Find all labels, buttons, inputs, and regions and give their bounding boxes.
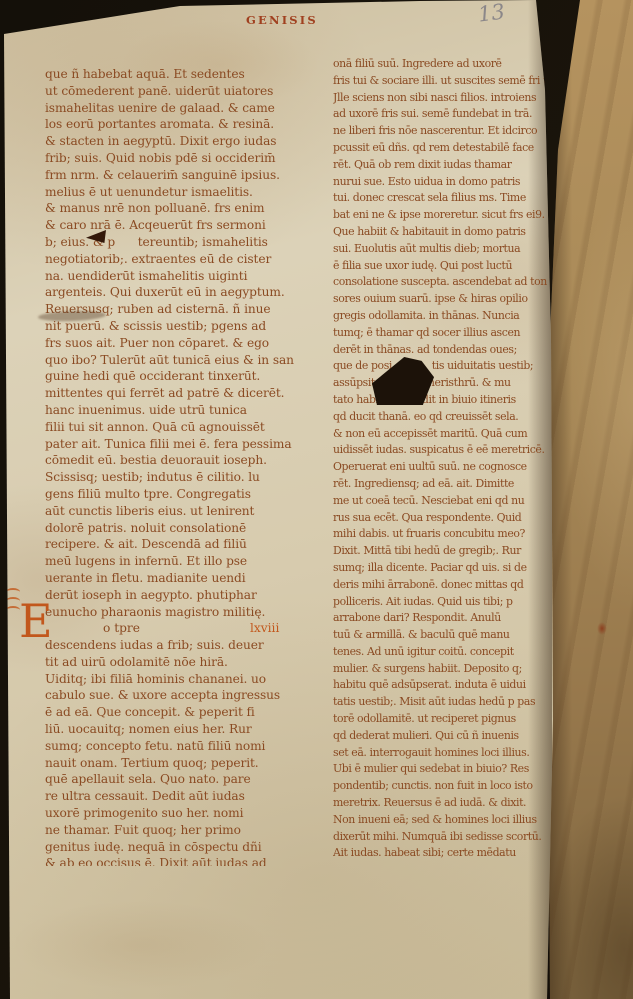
text-line: tumq; ē thamar qd socer illius ascen bbox=[333, 325, 559, 342]
manuscript-photo: GENISIS 13 que ñ habebat aquā. Et sedent… bbox=[0, 0, 633, 999]
text-line: ne liberi fris nōe nascerentur. Et idcir… bbox=[333, 123, 559, 140]
text-line: tit ad uirū odolamitē nōe hirā. bbox=[45, 654, 317, 671]
text-line: rēt. Ingrediensq; ad eā. ait. Dimitte bbox=[333, 476, 559, 493]
text-line: rēt. Quā ob rem dixit iudas thamar bbox=[333, 157, 559, 174]
text-line: habitu quē adsūpserat. induta ē uidui bbox=[333, 677, 559, 694]
text-line: nit puerū. & scissis uestib; pgens ad bbox=[45, 318, 317, 335]
text-line: qd dederat mulieri. Qui cū ñ inuenis bbox=[333, 728, 559, 745]
underlying-folio-edge bbox=[546, 0, 633, 999]
text-line: & stacten in aegyptū. Dixit ergo iudas bbox=[45, 133, 317, 150]
text-line: mulier. & surgens habiit. Deposito q; bbox=[333, 661, 559, 678]
text-line: derūt ioseph in aegypto. phutiphar bbox=[45, 587, 317, 604]
chapter-number: lxviii bbox=[250, 620, 279, 637]
text-line: & manus nrē non polluanē. frs enim bbox=[45, 200, 317, 217]
text-line: genitus iudę. nequā in cōspectu dñi bbox=[45, 839, 317, 856]
text-line: que ñ habebat aquā. Et sedentes bbox=[45, 66, 317, 83]
running-header: GENISIS bbox=[246, 13, 318, 27]
text-line: descendens iudas a frib; suis. deuer bbox=[45, 637, 317, 654]
folio-number: 13 bbox=[477, 0, 506, 27]
margin-marks bbox=[6, 588, 22, 615]
text-line: argenteis. Qui duxerūt eū in aegyptum. bbox=[45, 284, 317, 301]
text-line: liū. uocauitq; nomen eius her. Rur bbox=[45, 721, 317, 738]
text-line: deris mihi ārrabonē. donec mittas qd bbox=[333, 577, 559, 594]
text-line: tenes. Ad unū igitur coitū. concepit bbox=[333, 644, 559, 661]
text-line: & ab eo occisus ē. Dixit aūt iudas ad bbox=[45, 855, 317, 866]
text-line: filii tui sit annon. Quā cū agnouissēt bbox=[45, 419, 317, 436]
text-line: rus sua ecēt. Qua respondente. Quid bbox=[333, 510, 559, 527]
text-line: frm nrm. & celauerim̄ sanguinē ipsius. bbox=[45, 167, 317, 184]
text-line: tatis uestib;. Misit aūt iudas hedū p pa… bbox=[333, 694, 559, 711]
text-line: na. uendiderūt ismahelitis uiginti bbox=[45, 268, 317, 285]
text-line: dixerūt mihi. Numquā ibi sedisse scortū. bbox=[333, 829, 559, 846]
text-line: quē apellauit sela. Quo nato. pare bbox=[45, 771, 317, 788]
text-line: polliceris. Ait iudas. Quid uis tibi; p bbox=[333, 594, 559, 611]
parchment-stain bbox=[10, 900, 270, 990]
text-line: aūt cunctis liberis eius. ut lenirent bbox=[45, 503, 317, 520]
text-line: mittentes qui ferrēt ad patrē & dicerēt. bbox=[45, 385, 317, 402]
text-line: pater ait. Tunica filii mei ē. fera pess… bbox=[45, 436, 317, 453]
decorated-initial: E bbox=[19, 598, 53, 644]
text-line: ismahelitas uenire de galaad. & came bbox=[45, 100, 317, 117]
column-block: onā filiū suū. Ingredere ad uxorēfris tu… bbox=[333, 56, 559, 861]
text-line: guine hedi quē occiderant tinxerūt. bbox=[45, 368, 317, 385]
text-line: sumq; illa dicente. Paciar qd uis. si de bbox=[333, 560, 559, 577]
text-line: mihi dabis. ut fruaris concubitu meo? bbox=[333, 526, 559, 543]
text-line: nauit onam. Tertium quoq; peperit. bbox=[45, 755, 317, 772]
text-line: Ait iudas. habeat sibi; certe mēdatu bbox=[333, 845, 559, 861]
text-line: ut cōmederent panē. uiderūt uiatores bbox=[45, 83, 317, 100]
text-line: gens filiū multo tpre. Congregatis bbox=[45, 486, 317, 503]
text-line: Uiditq; ibi filiā hominis chananei. uo bbox=[45, 671, 317, 688]
text-line: ad uxorē fris sui. semē fundebat in trā. bbox=[333, 106, 559, 123]
text-line: torē odollamitē. ut reciperet pignus bbox=[333, 711, 559, 728]
text-line: melius ē ut uenundetur ismaelitis. bbox=[45, 184, 317, 201]
text-line: gregis odollamita. in thānas. Nuncia bbox=[333, 308, 559, 325]
column-block: descendens iudas a frib; suis. deuertit … bbox=[45, 637, 317, 866]
chapter-opening-line: o tpre lxviii bbox=[45, 620, 317, 637]
text-line: onā filiū suū. Ingredere ad uxorē bbox=[333, 56, 559, 73]
text-line: qd ducit thanā. eo qd creuissēt sela. bbox=[333, 409, 559, 426]
text-line: frs suos ait. Puer non cōparet. & ego bbox=[45, 335, 317, 352]
text-line: cōmedit eū. bestia deuorauit ioseph. bbox=[45, 452, 317, 469]
text-column-left: que ñ habebat aquā. Et sedentesut cōmede… bbox=[45, 66, 317, 866]
text-line: Que habiit & habitauit in domo patris bbox=[333, 224, 559, 241]
text-line: los eorū portantes aromata. & resinā. bbox=[45, 116, 317, 133]
text-line: uxorē primogenito suo her. nomi bbox=[45, 805, 317, 822]
text-line: ē ad eā. Que concepit. & peperit fi bbox=[45, 704, 317, 721]
manuscript-page: GENISIS 13 que ñ habebat aquā. Et sedent… bbox=[0, 0, 633, 999]
text-line: & caro nrā ē. Acqeuerūt frs sermoni bbox=[45, 217, 317, 234]
text-line: eunucho pharaonis magistro militię. bbox=[45, 604, 317, 621]
text-line: b; eius. & p tereuntib; ismahelitis bbox=[45, 234, 317, 251]
text-line: recipere. & ait. Descendā ad filiū bbox=[45, 536, 317, 553]
text-line: sores ouium suarū. ipse & hiras opilio bbox=[333, 291, 559, 308]
text-line: derēt in thānas. ad tondendas oues; bbox=[333, 342, 559, 359]
text-line: frib; suis. Quid nobis pdē si occiderim̄ bbox=[45, 150, 317, 167]
text-line: nurui sue. Esto uidua in domo patris bbox=[333, 174, 559, 191]
rust-spot bbox=[597, 622, 607, 635]
text-line: me ut coeā tecū. Nesciebat eni qd nu bbox=[333, 493, 559, 510]
text-line: Operuerat eni uultū suū. ne cognosce bbox=[333, 459, 559, 476]
text-line: Jlle sciens non sibi nasci filios. intro… bbox=[333, 90, 559, 107]
text-line: Non inueni eā; sed & homines loci illius bbox=[333, 812, 559, 829]
text-line: quo ibo? Tulerūt aūt tunicā eius & in sa… bbox=[45, 352, 317, 369]
text-line: & non eū accepissēt maritū. Quā cum bbox=[333, 426, 559, 443]
text-line: Ubi ē mulier qui sedebat in biuio? Res bbox=[333, 761, 559, 778]
text-line: set eā. interrogauit homines loci illius… bbox=[333, 745, 559, 762]
text-line: sui. Euolutis aūt multis dieb; mortua bbox=[333, 241, 559, 258]
text-line: tuū & armillā. & baculū quē manu bbox=[333, 627, 559, 644]
text-line: uerante in fletu. madianite uendi bbox=[45, 570, 317, 587]
text-line: fris tui & sociare illi. ut suscites sem… bbox=[333, 73, 559, 90]
text-line: sumq; concepto fetu. natū filiū nomi bbox=[45, 738, 317, 755]
text-line: bat eni ne & ipse moreretur. sicut frs e… bbox=[333, 207, 559, 224]
text-line: cabulo sue. & uxore accepta ingressus bbox=[45, 687, 317, 704]
text-line: assūpsit theristhrū. & mu bbox=[333, 375, 559, 392]
text-line: arrabone dari? Respondit. Anulū bbox=[333, 610, 559, 627]
chapter-opening-text: o tpre bbox=[45, 621, 140, 635]
text-line: Dixit. Mittā tibi hedū de gregib;. Rur bbox=[333, 543, 559, 560]
text-line: consolatione suscepta. ascendebat ad ton bbox=[333, 274, 559, 291]
text-line: meū lugens in infernū. Et illo pse bbox=[45, 553, 317, 570]
text-line: hanc inuenimus. uide utrū tunica bbox=[45, 402, 317, 419]
text-line: pcussit eū dñs. qd rem detestabilē face bbox=[333, 140, 559, 157]
text-column-right: onā filiū suū. Ingredere ad uxorēfris tu… bbox=[333, 56, 559, 861]
text-line: uidissēt iudas. suspicatus ē eē meretric… bbox=[333, 442, 559, 459]
text-line: Scissisq; uestib; indutus ē cilitio. lu bbox=[45, 469, 317, 486]
column-block: que ñ habebat aquā. Et sedentesut cōmede… bbox=[45, 66, 317, 620]
text-line: que de posi tis uiduitatis uestib; bbox=[333, 358, 559, 375]
text-line: negotiatorib;. extraentes eū de cister bbox=[45, 251, 317, 268]
text-line: re ultra cessauit. Dedit aūt iudas bbox=[45, 788, 317, 805]
text-line: pondentib; cunctis. non fuit in loco ist… bbox=[333, 778, 559, 795]
text-line: dolorē patris. noluit consolationē bbox=[45, 520, 317, 537]
text-line: tui. donec crescat sela filius ms. Time bbox=[333, 190, 559, 207]
text-line: ē filia sue uxor iudę. Qui post luctū bbox=[333, 258, 559, 275]
text-line: tato habitu. sedit in biuio itineris bbox=[333, 392, 559, 409]
text-line: meretrix. Reuersus ē ad iudā. & dixit. bbox=[333, 795, 559, 812]
text-line: ne thamar. Fuit quoq; her primo bbox=[45, 822, 317, 839]
